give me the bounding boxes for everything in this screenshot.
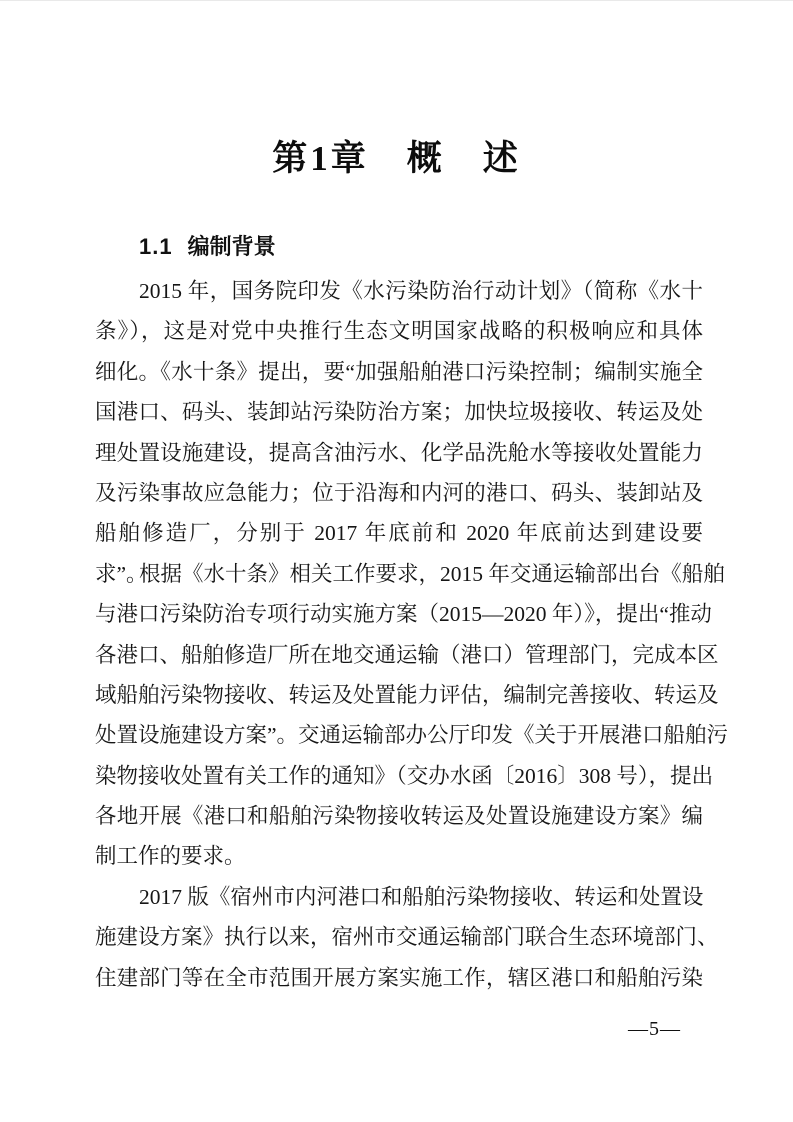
text-line: 域船舶污染物接收、转运及处置能力评估，编制完善接收、转运及 <box>95 675 703 715</box>
text-line: 根据《水十条》相关工作要求，2015 年交通运输部出台《船舶 <box>95 554 703 594</box>
text-line: 制工作的要求。 <box>95 836 703 876</box>
text-line: 国港口、码头、装卸站污染防治方案；加快垃圾接收、转运及处 <box>95 392 703 432</box>
text-line: 细化。《水十条》提出，要“加强船舶港口污染控制；编制实施全 <box>95 352 703 392</box>
text-line: 与港口污染防治专项行动实施方案（2015—2020 年）》，提出“推动 <box>95 594 703 634</box>
text-line: 处置设施建设方案”。交通运输部办公厅印发《关于开展港口船舶污 <box>95 715 703 755</box>
paragraph: 2017 版《宿州市内河港口和船舶污染物接收、转运和处置设施建设方案》执行以来，… <box>95 877 703 998</box>
page-number: —5— <box>628 1018 681 1041</box>
paragraph: 根据《水十条》相关工作要求，2015 年交通运输部出台《船舶与港口污染防治专项行… <box>95 554 703 877</box>
text-line: 2015 年，国务院印发《水污染防治行动计划》（简称《水十 <box>95 271 703 311</box>
paragraph: 2015 年，国务院印发《水污染防治行动计划》（简称《水十条》），这是对党中央推… <box>95 271 703 554</box>
text-line: 及污染事故应急能力；位于沿海和内河的港口、码头、装卸站及 <box>95 473 703 513</box>
document-page: 第1章 概 述 1.1编制背景 2015 年，国务院印发《水污染防治行动计划》（… <box>0 0 793 1122</box>
text-line: 各港口、船舶修造厂所在地交通运输（港口）管理部门，完成本区 <box>95 635 703 675</box>
text-line: 船舶修造厂，分别于 2017 年底前和 2020 年底前达到建设要求”。 <box>95 513 703 553</box>
body-text: 2015 年，国务院印发《水污染防治行动计划》（简称《水十条》），这是对党中央推… <box>95 271 703 998</box>
text-line: 条》），这是对党中央推行生态文明国家战略的积极响应和具体 <box>95 311 703 351</box>
text-line: 2017 版《宿州市内河港口和船舶污染物接收、转运和处置设 <box>95 877 703 917</box>
text-line: 各地开展《港口和船舶污染物接收转运及处置设施建设方案》编 <box>95 796 703 836</box>
text-line: 理处置设施建设，提高含油污水、化学品洗舱水等接收处置能力 <box>95 433 703 473</box>
section-number: 1.1 <box>139 234 173 259</box>
text-line: 住建部门等在全市范围开展方案实施工作，辖区港口和船舶污染 <box>95 958 703 998</box>
section-heading: 1.1编制背景 <box>139 232 276 262</box>
chapter-title: 第1章 概 述 <box>0 131 793 181</box>
section-title: 编制背景 <box>188 234 276 259</box>
text-line: 染物接收处置有关工作的通知》（交办水函〔2016〕308 号），提出 <box>95 756 703 796</box>
text-line: 施建设方案》执行以来，宿州市交通运输部门联合生态环境部门、 <box>95 917 703 957</box>
